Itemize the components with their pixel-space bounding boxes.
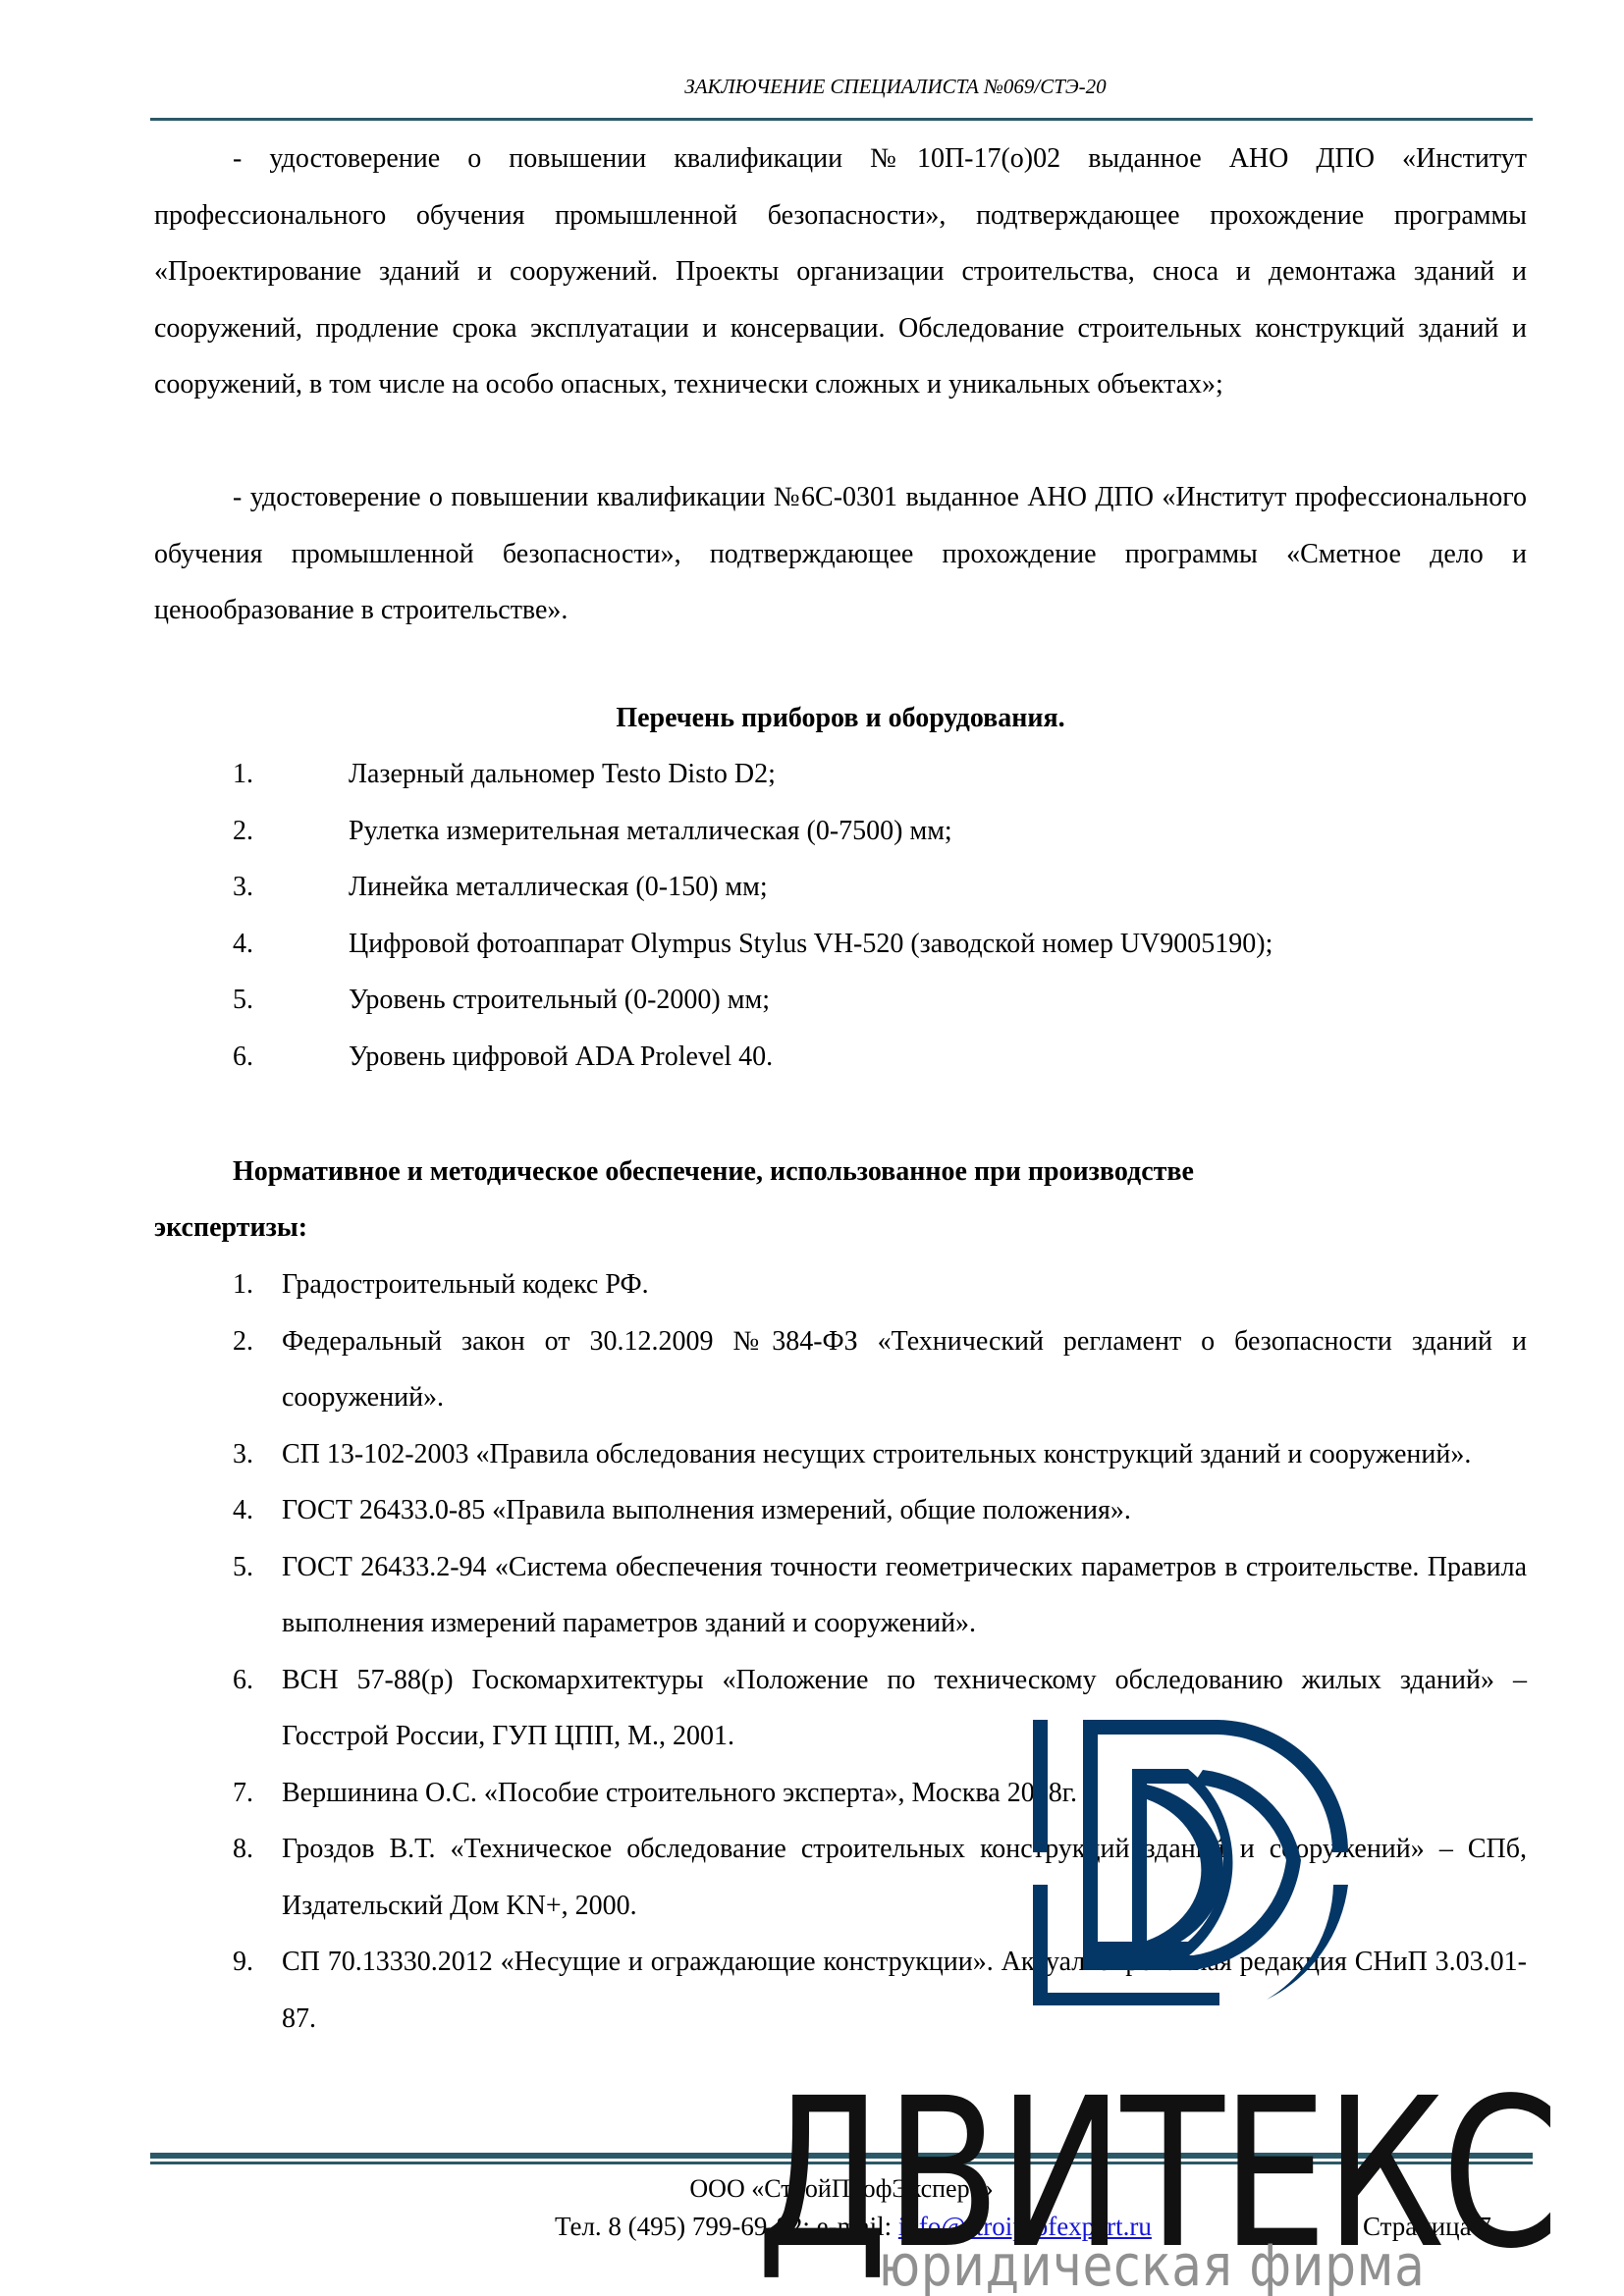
qualification-paragraph: - удостоверение о повышении квалификации… — [154, 131, 1527, 413]
item-number: 8. — [233, 1821, 253, 1878]
item-text: Цифровой фотоаппарат Olympus Stylus VH-5… — [349, 916, 1272, 973]
item-number: 2. — [233, 1313, 253, 1370]
list-item: 4.ГОСТ 26433.0-85 «Правила выполнения из… — [154, 1482, 1527, 1539]
list-item: 1.Градостроительный кодекс РФ. — [154, 1256, 1527, 1313]
item-number: 5. — [233, 1539, 253, 1596]
list-item: 5.Уровень строительный (0-2000) мм; — [154, 972, 1527, 1029]
item-number: 1. — [233, 1256, 253, 1313]
item-text: Уровень строительный (0-2000) мм; — [349, 972, 770, 1029]
item-text: Уровень цифровой ADA Prolevel 40. — [349, 1029, 773, 1086]
item-number: 5. — [233, 972, 253, 1029]
list-item: 2.Рулетка измерительная металлическая (0… — [154, 803, 1527, 860]
header-rule — [150, 118, 1533, 121]
dvitex-logo-icon — [1021, 1713, 1360, 2012]
item-text: Федеральный закон от 30.12.2009 №384-ФЗ … — [282, 1326, 1527, 1414]
list-item: 4.Цифровой фотоаппарат Olympus Stylus VH… — [154, 916, 1527, 973]
qualification-text: - удостоверение о повышении квалификации… — [154, 143, 1527, 400]
item-text: Лазерный дальномер Testo Disto D2; — [349, 746, 776, 803]
item-number: 1. — [233, 746, 253, 803]
list-item: 3.Линейка металлическая (0-150) мм; — [154, 859, 1527, 916]
item-number: 2. — [233, 803, 253, 860]
item-text: ГОСТ 26433.2-94 «Система обеспечения точ… — [282, 1552, 1527, 1639]
item-number: 6. — [233, 1029, 253, 1086]
normative-heading-continuation: экспертизы: — [154, 1200, 307, 1256]
item-number: 3. — [233, 1426, 253, 1483]
normative-heading-text: Нормативное и методическое обеспечение, … — [233, 1156, 1194, 1187]
qualification-text: - удостоверение о повышении квалификации… — [154, 482, 1527, 625]
list-item: 5.ГОСТ 26433.2-94 «Система обеспечения т… — [154, 1539, 1527, 1652]
document-page: ЗАКЛЮЧЕНИЕ СПЕЦИАЛИСТА №069/СТЭ-20 - удо… — [0, 0, 1624, 2296]
equipment-heading: Перечень приборов и оборудования. — [154, 690, 1527, 747]
item-number: 9. — [233, 1934, 253, 1991]
item-text: Рулетка измерительная металлическая (0-7… — [349, 803, 952, 860]
equipment-list: 1.Лазерный дальномер Testo Disto D2; 2.Р… — [154, 746, 1527, 1085]
item-number: 4. — [233, 1482, 253, 1539]
list-item: 1.Лазерный дальномер Testo Disto D2; — [154, 746, 1527, 803]
item-text: Вершинина О.С. «Пособие строительного эк… — [282, 1778, 1077, 1808]
brand-subtitle: юридическая фирма — [879, 2236, 1426, 2295]
item-number: 6. — [233, 1652, 253, 1709]
item-number: 3. — [233, 859, 253, 916]
qualification-paragraph: - удостоверение о повышении квалификации… — [154, 469, 1527, 639]
document-header-title: ЗАКЛЮЧЕНИЕ СПЕЦИАЛИСТА №069/СТЭ-20 — [0, 75, 1624, 99]
list-item: 2.Федеральный закон от 30.12.2009 №384-Ф… — [154, 1313, 1527, 1426]
item-text: Градостроительный кодекс РФ. — [282, 1269, 649, 1300]
list-item: 3.СП 13-102-2003 «Правила обследования н… — [154, 1426, 1527, 1483]
item-number: 4. — [233, 916, 253, 973]
normative-heading: Нормативное и методическое обеспечение, … — [154, 1144, 1527, 1201]
item-number: 7. — [233, 1765, 253, 1822]
item-text: ГОСТ 26433.0-85 «Правила выполнения изме… — [282, 1495, 1131, 1525]
item-text: Линейка металлическая (0-150) мм; — [349, 859, 768, 916]
list-item: 6.Уровень цифровой ADA Prolevel 40. — [154, 1029, 1527, 1086]
item-text: СП 13-102-2003 «Правила обследования нес… — [282, 1439, 1471, 1469]
